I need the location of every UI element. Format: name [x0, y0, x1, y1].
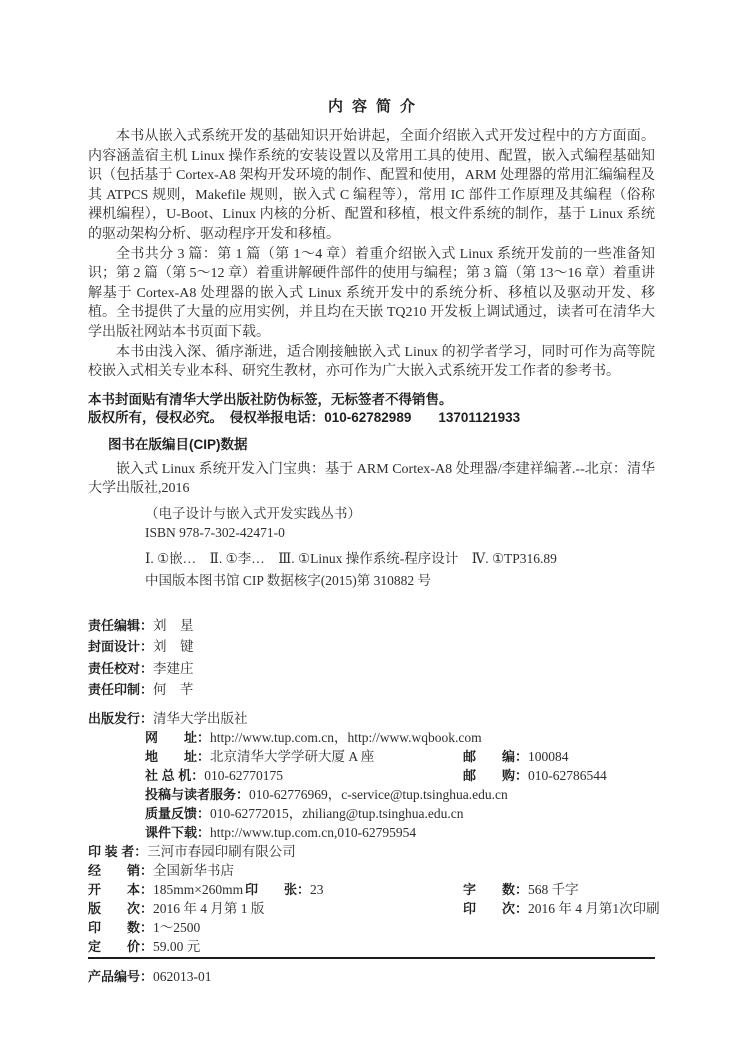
- pub-value: 23: [310, 882, 324, 897]
- staff-value: 何 芊: [153, 682, 194, 697]
- pub-value: 全国新华书店: [153, 863, 234, 878]
- pub-row-distributor: 经 销：全国新华书店: [88, 861, 655, 880]
- pub-row-edition: 版 次：2016 年 4 月第 1 版印 次：2016 年 4 月第1次印刷: [88, 899, 655, 918]
- pub-label: 印 张：: [245, 882, 310, 897]
- pub-right-col: 邮 购：010-62786544: [463, 766, 607, 785]
- pub-label: 开 本：: [88, 882, 153, 897]
- pub-value: 59.00 元: [153, 939, 200, 954]
- pub-label: 字 数：: [463, 882, 528, 897]
- pub-row-switchboard: 社 总 机：010-62770175邮 购：010-62786544: [88, 766, 655, 785]
- product-code-value: 062013-01: [153, 969, 212, 984]
- pub-label: 印 数：: [88, 920, 153, 935]
- staff-value: 刘 星: [153, 618, 194, 633]
- pub-value: 2016 年 4 月第 1 版: [153, 901, 264, 916]
- pub-right-col: 字 数：568 千字: [463, 880, 579, 899]
- pub-value: 010-62786544: [528, 768, 607, 783]
- staff-row: 责任印制：何 芊: [88, 679, 655, 700]
- pub-label: 社 总 机：: [145, 768, 204, 783]
- cip-classification: Ⅰ. ①嵌… Ⅱ. ①李… Ⅲ. ①Linux 操作系统-程序设计 Ⅳ. ①TP…: [145, 549, 655, 568]
- staff-row: 责任校对：李建庄: [88, 658, 655, 679]
- pub-row-courseware-download: 课件下载：http://www.tup.com.cn,010-62795954: [88, 823, 655, 842]
- pub-label: 地 址：: [145, 749, 210, 764]
- pub-label: 印 次：: [463, 901, 528, 916]
- publication-info-section: 出版发行：清华大学出版社 网 址：http://www.tup.com.cn，h…: [88, 709, 655, 956]
- pub-label: 邮 编：: [463, 749, 528, 764]
- pub-label: 邮 购：: [463, 768, 528, 783]
- pub-row-price: 定 价：59.00 元: [88, 937, 655, 956]
- book-copyright-page: 内容简介 本书从嵌入式系统开发的基础知识开始讲起，全面介绍嵌入式开发过程中的方方…: [0, 0, 755, 1051]
- pub-value: 2016 年 4 月第1次印刷: [528, 901, 660, 916]
- pub-value: 010-62770175: [204, 768, 283, 783]
- pub-row-print-run: 印 数：1～2500: [88, 918, 655, 937]
- pub-value: http://www.tup.com.cn，http://www.wqbook.…: [210, 730, 482, 745]
- staff-label: 责任校对：: [88, 661, 153, 676]
- product-code-row: 产品编号：062013-01: [88, 967, 655, 986]
- staff-label: 责任印制：: [88, 682, 153, 697]
- copyright-notices: 本书封面贴有清华大学出版社防伪标签，无标签者不得销售。 版权所有，侵权必究。 侵…: [88, 391, 655, 428]
- pub-label: 质量反馈：: [145, 806, 210, 821]
- anti-counterfeit-notice: 本书封面贴有清华大学出版社防伪标签，无标签者不得销售。: [88, 391, 655, 410]
- pub-value: 北京清华大学学研大厦 A 座: [210, 749, 374, 764]
- staff-label: 封面设计：: [88, 639, 153, 654]
- pub-label: 出版发行：: [88, 711, 153, 726]
- pub-row-website: 网 址：http://www.tup.com.cn，http://www.wqb…: [88, 728, 655, 747]
- pub-value: 010-62772015，zhiliang@tup.tsinghua.edu.c…: [210, 806, 464, 821]
- pub-label: 投稿与读者服务：: [145, 787, 249, 802]
- isbn: ISBN 978-7-302-42471-0: [145, 523, 655, 542]
- pub-value: 100084: [528, 749, 569, 764]
- staff-value: 李建庄: [153, 661, 194, 676]
- divider-line: [88, 957, 655, 959]
- pub-value: 1～2500: [153, 920, 200, 935]
- staff-label: 责任编辑：: [88, 618, 153, 633]
- cip-description: 嵌入式 Linux 系统开发入门宝典：基于 ARM Cortex-A8 处理器/…: [88, 460, 655, 499]
- pub-label: 课件下载：: [145, 825, 210, 840]
- pub-value: 568 千字: [528, 882, 579, 897]
- pub-label: 网 址：: [145, 730, 210, 745]
- rights-notice: 版权所有，侵权必究。 侵权举报电话：010-62782989 137011219…: [88, 409, 655, 428]
- pub-label: 印 装 者：: [88, 844, 147, 859]
- intro-section: 本书从嵌入式系统开发的基础知识开始讲起，全面介绍嵌入式开发过程中的方方面面。内容…: [88, 127, 655, 382]
- pub-label: 定 价：: [88, 939, 153, 954]
- pub-row-format: 开 本：185mm×260mm印 张：23字 数：568 千字: [88, 880, 655, 899]
- pub-row-reader-service: 投稿与读者服务：010-62776969，c-service@tup.tsing…: [88, 785, 655, 804]
- pub-row-address: 地 址：北京清华大学学研大厦 A 座邮 编：100084: [88, 747, 655, 766]
- pub-value: http://www.tup.com.cn,010-62795954: [210, 825, 416, 840]
- pub-value: 185mm×260mm: [153, 882, 243, 897]
- pub-row-printer: 印 装 者：三河市春园印刷有限公司: [88, 842, 655, 861]
- intro-paragraph: 本书由浅入深、循序渐进，适合刚接触嵌入式 Linux 的初学者学习，同时可作为高…: [88, 343, 655, 382]
- pub-right-col: 印 次：2016 年 4 月第1次印刷: [463, 899, 660, 918]
- cip-record-number: 中国版本图书馆 CIP 数据核字(2015)第 310882 号: [145, 571, 655, 590]
- book-series: （电子设计与嵌入式开发实践丛书）: [145, 504, 655, 523]
- page-title: 内容简介: [88, 97, 655, 117]
- pub-row-quality-feedback: 质量反馈：010-62772015，zhiliang@tup.tsinghua.…: [88, 804, 655, 823]
- cip-heading: 图书在版编目(CIP)数据: [108, 435, 655, 454]
- staff-value: 刘 键: [153, 639, 194, 654]
- product-code-label: 产品编号：: [88, 969, 153, 984]
- pub-right-col: 邮 编：100084: [463, 747, 569, 766]
- intro-paragraph: 全书共分 3 篇：第 1 篇（第 1～4 章）着重介绍嵌入式 Linux 系统开…: [88, 245, 655, 343]
- staff-section: 责任编辑：刘 星 封面设计：刘 键 责任校对：李建庄 责任印制：何 芊: [88, 615, 655, 701]
- pub-mid-col: 印 张：23: [245, 880, 324, 899]
- pub-value: 三河市春园印刷有限公司: [147, 844, 296, 859]
- pub-value: 清华大学出版社: [153, 711, 248, 726]
- pub-label: 版 次：: [88, 901, 153, 916]
- pub-row-publisher: 出版发行：清华大学出版社: [88, 709, 655, 728]
- cip-section: 图书在版编目(CIP)数据 嵌入式 Linux 系统开发入门宝典：基于 ARM …: [88, 435, 655, 590]
- intro-paragraph: 本书从嵌入式系统开发的基础知识开始讲起，全面介绍嵌入式开发过程中的方方面面。内容…: [88, 127, 655, 245]
- staff-row: 责任编辑：刘 星: [88, 615, 655, 636]
- staff-row: 封面设计：刘 键: [88, 636, 655, 657]
- pub-value: 010-62776969，c-service@tup.tsinghua.edu.…: [249, 787, 508, 802]
- pub-label: 经 销：: [88, 863, 153, 878]
